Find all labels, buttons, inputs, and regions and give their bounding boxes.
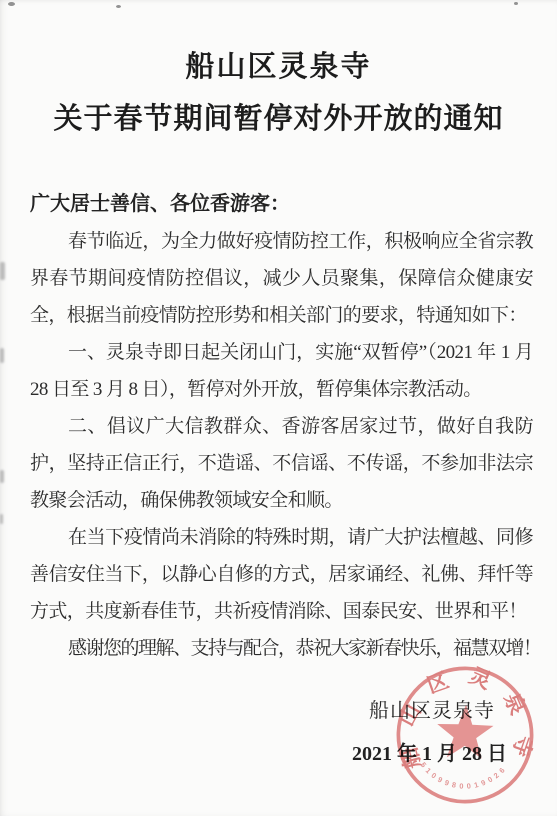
- signature-org: 船山区灵泉寺: [0, 693, 557, 730]
- scan-artifact: [0, 262, 5, 280]
- signature-date: 2021 年 1 月 28 日: [0, 736, 557, 773]
- document-title: 关于春节期间暂停对外开放的通知: [0, 96, 557, 142]
- scan-artifact: [116, 5, 121, 8]
- paragraph-thanks: 感谢您的理解、支持与配合，恭祝大家新春快乐，福慧双增！: [30, 630, 533, 667]
- scan-artifact: [0, 514, 3, 524]
- scan-artifact: [8, 2, 15, 6]
- document-org-title: 船山区灵泉寺: [0, 46, 557, 88]
- greeting-line: 广大居士善信、各位香游客：: [30, 186, 533, 223]
- signature-block: 船山区灵泉寺 2021 年 1 月 28 日: [0, 693, 557, 773]
- paragraph-intro: 春节临近，为全力做好疫情防控工作，积极响应全省宗教界春节期间疫情防控倡议，减少人…: [30, 223, 533, 334]
- paragraph-appeal: 在当下疫情尚未消除的特殊时期，请广大护法檀越、同修善信安住当下，以静心自修的方式…: [30, 519, 533, 630]
- notice-document: 船山区灵泉寺 关于春节期间暂停对外开放的通知 广大居士善信、各位香游客： 春节临…: [0, 0, 557, 816]
- scan-artifact: [514, 2, 518, 5]
- scan-artifact: [0, 470, 4, 483]
- paragraph-item-2: 二、倡议广大信教群众、香游客居家过节，做好自我防护，坚持正信正行，不造谣、不信谣…: [30, 408, 533, 519]
- scan-artifact: [0, 348, 4, 363]
- paragraph-item-1: 一、灵泉寺即日起关闭山门，实施“双暂停”（2021 年 1 月 28 日至 3 …: [30, 334, 533, 408]
